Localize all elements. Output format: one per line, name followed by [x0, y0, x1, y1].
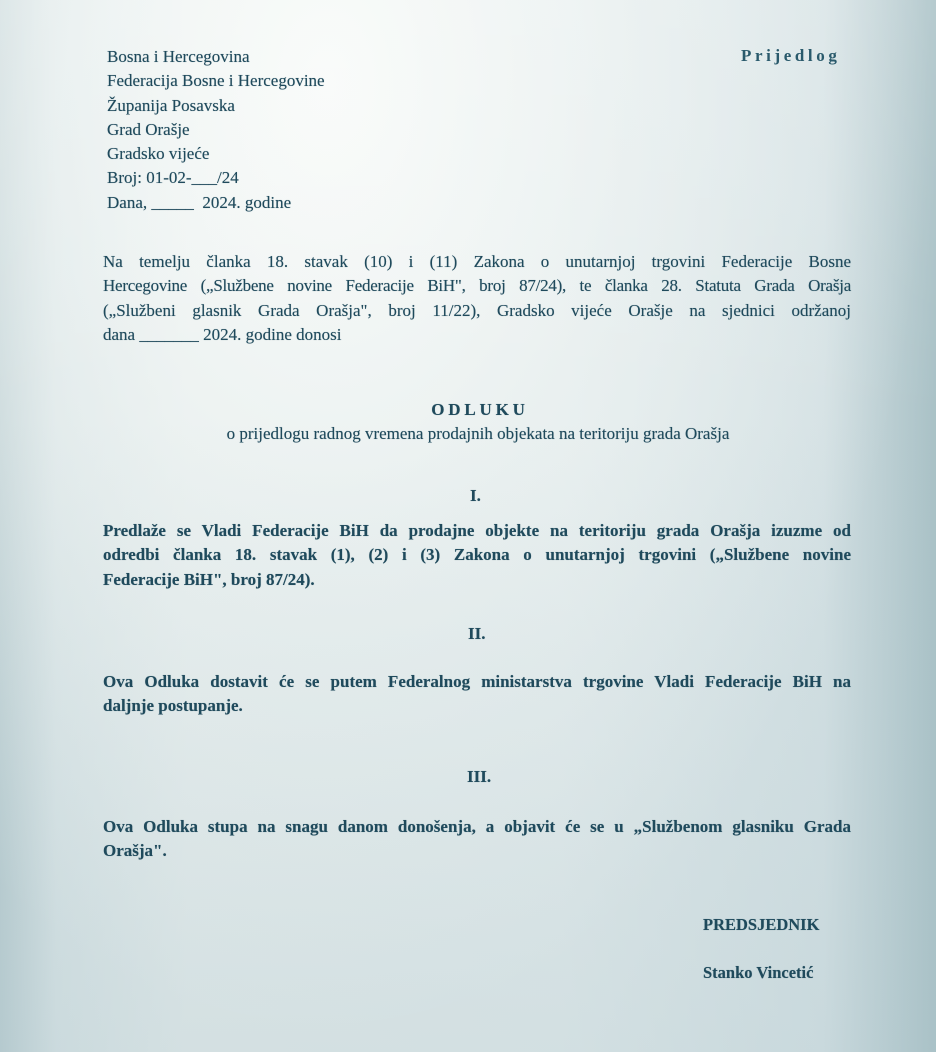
header-date: Dana, _____ 2024. godine — [107, 191, 325, 215]
header-council: Gradsko vijeće — [107, 142, 325, 166]
article-number: II. — [468, 624, 485, 644]
decision-title: ODLUKU — [12, 400, 936, 420]
signature-title: PREDSJEDNIK — [703, 915, 819, 935]
preamble-line: („Službeni glasnik Grada Orašja", broj 1… — [103, 299, 851, 323]
article-line: Ova Odluka stupa na snagu danom donošenj… — [103, 815, 851, 839]
article-line: Orašja". — [103, 839, 851, 863]
header-federation: Federacija Bosne i Hercegovine — [107, 69, 325, 93]
preamble-line: Hercegovine („Službene novine Federacije… — [103, 274, 851, 298]
header-city: Grad Orašje — [107, 118, 325, 142]
article-3-paragraph: Ova Odluka stupa na snagu danom donošenj… — [103, 815, 851, 864]
preamble-paragraph: Na temelju članka 18. stavak (10) i (11)… — [103, 250, 851, 347]
article-1-paragraph: Predlaže se Vladi Federacije BiH da prod… — [103, 519, 851, 592]
preamble-line: dana _______ 2024. godine donosi — [103, 323, 851, 347]
header-county: Županija Posavska — [107, 94, 325, 118]
article-line: Predlaže se Vladi Federacije BiH da prod… — [103, 519, 851, 543]
article-number: III. — [467, 767, 491, 787]
proposal-label: Prijedlog — [741, 46, 840, 66]
preamble-line: Na temelju članka 18. stavak (10) i (11)… — [103, 250, 851, 274]
issuer-header: Bosna i Hercegovina Federacija Bosne i H… — [107, 45, 325, 215]
decision-subtitle: o prijedlogu radnog vremena prodajnih ob… — [10, 424, 936, 444]
article-2-paragraph: Ova Odluka dostavit će se putem Federaln… — [103, 670, 851, 719]
article-number: I. — [470, 486, 481, 506]
signature-name: Stanko Vincetić — [703, 963, 813, 983]
article-line: Federacije BiH", broj 87/24). — [103, 568, 851, 592]
article-line: odredbi članka 18. stavak (1), (2) i (3)… — [103, 543, 851, 567]
header-country: Bosna i Hercegovina — [107, 45, 325, 69]
header-reference-number: Broj: 01-02-___/24 — [107, 166, 325, 190]
article-line: Ova Odluka dostavit će se putem Federaln… — [103, 670, 851, 694]
article-line: daljnje postupanje. — [103, 694, 851, 718]
